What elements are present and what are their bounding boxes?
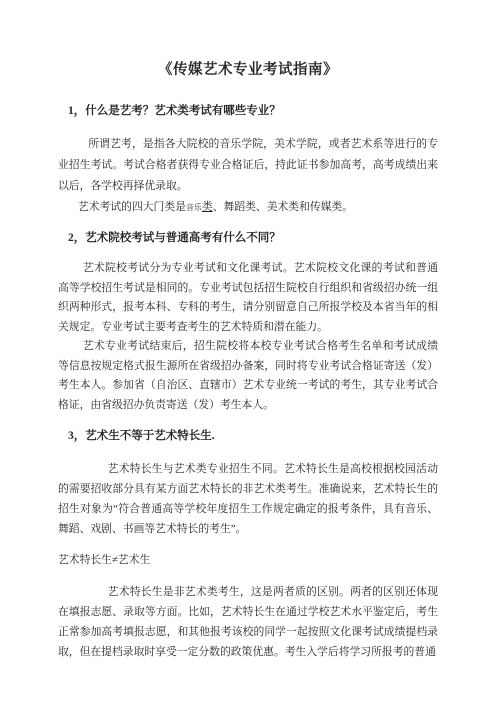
section-3-paragraph-1: 艺术特长生与艺术类专业招生不同。艺术特长生是高校根据校园活动的需要招收部分具有某… bbox=[58, 459, 438, 539]
section-1-heading: 1，什么是艺考？艺术类考试有哪些专业？ bbox=[68, 104, 438, 118]
section-2-paragraph-2: 艺术专业考试结束后，招生院校将本校专业考试合格考生名单和考试成绩等信息按规定格式… bbox=[58, 337, 438, 415]
section-3-heading: 3，艺术生不等于艺术特长生. bbox=[68, 429, 438, 443]
section-2-paragraph-1: 艺术院校考试分为专业考试和文化课考试。艺术院校文化课的考试和普通高等学校招生考试… bbox=[58, 259, 438, 337]
categories-suffix: 、舞蹈类、美术类和传媒类。 bbox=[213, 201, 353, 213]
section-3-subline: 艺术特长生≠艺术生 bbox=[58, 550, 438, 570]
document-title: 《传媒艺术专业考试指南》 bbox=[58, 61, 438, 79]
section-3-paragraph-2: 艺术特长生是非艺术类考生，这是两者质的区别。两者的区别还体现在填报志愿、录取等方… bbox=[58, 582, 438, 662]
section-2-heading: 2，艺术院校考试与普通高考有什么不同？ bbox=[68, 231, 438, 245]
section-1-categories-line: 艺术考试的四大门类是音乐类、舞蹈类、美术类和传媒类。 bbox=[58, 197, 438, 218]
categories-prefix: 艺术考试的四大门类是 bbox=[78, 201, 186, 213]
categories-underlined-text: 类 bbox=[202, 201, 213, 213]
categories-small-text: 音乐 bbox=[186, 203, 202, 212]
document-page: 《传媒艺术专业考试指南》 1，什么是艺考？艺术类考试有哪些专业？ 所谓艺考，是指… bbox=[0, 0, 496, 702]
section-1-paragraph-1: 所谓艺考，是指各大院校的音乐学院，美术学院，或者艺术系等进行的专业招生考试。考试… bbox=[58, 134, 438, 197]
